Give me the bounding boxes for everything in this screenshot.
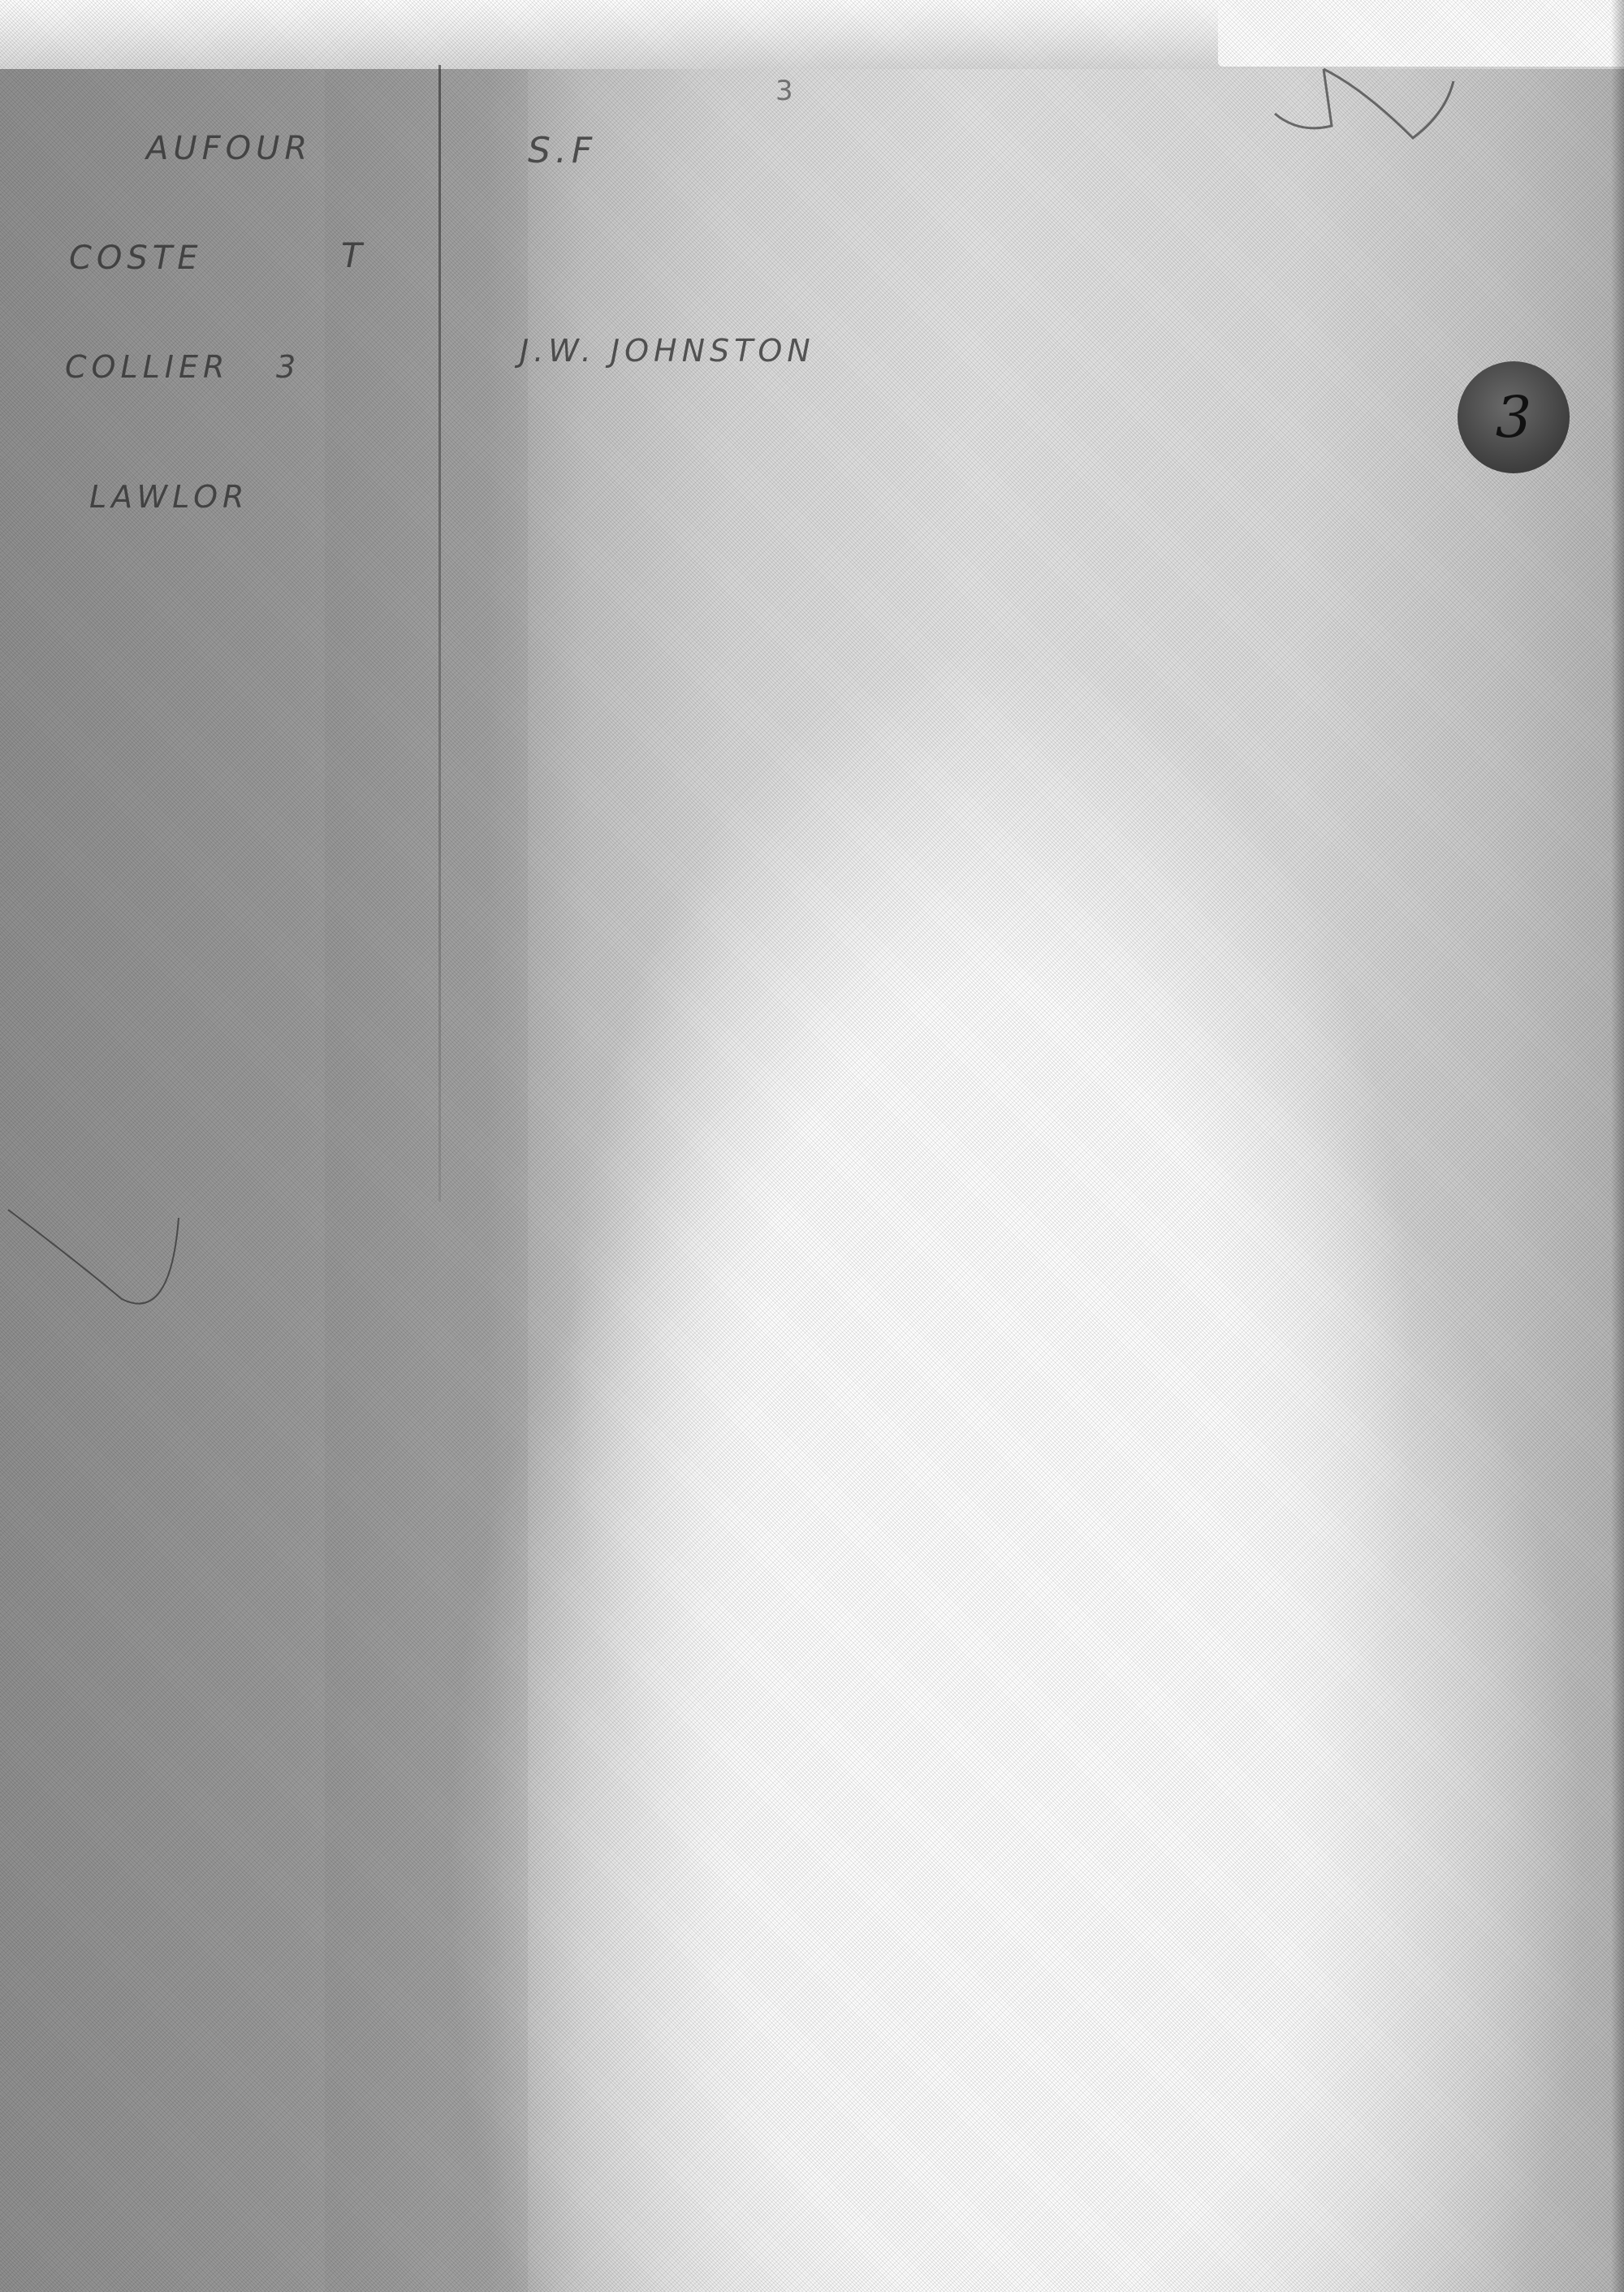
top-mark: 3 [775, 75, 793, 107]
note-line-2-left: COSTE [69, 240, 203, 277]
note-line-1-left: AUFOUR [146, 130, 312, 167]
note-line-2-right: T [341, 235, 367, 275]
scan-right-edge [1611, 0, 1624, 2292]
page-number-badge: 3 [1458, 361, 1570, 473]
torn-corner-mark [1267, 57, 1478, 162]
paper-shadow-strip [325, 65, 528, 2292]
pencil-curve-mark [0, 1202, 195, 1332]
note-line-3-left: COLLIER [65, 349, 229, 385]
note-line-3-middle: 3 [276, 349, 300, 385]
scanned-page: 3 AUFOUR S.F COSTE T COLLIER 3 J.W. JOHN… [0, 0, 1624, 2292]
note-line-1-right: S.F [528, 130, 597, 171]
note-line-3-right: J.W. JOHNSTON [520, 333, 815, 369]
note-line-4-left: LAWLOR [89, 479, 248, 515]
fold-line [438, 65, 441, 1202]
